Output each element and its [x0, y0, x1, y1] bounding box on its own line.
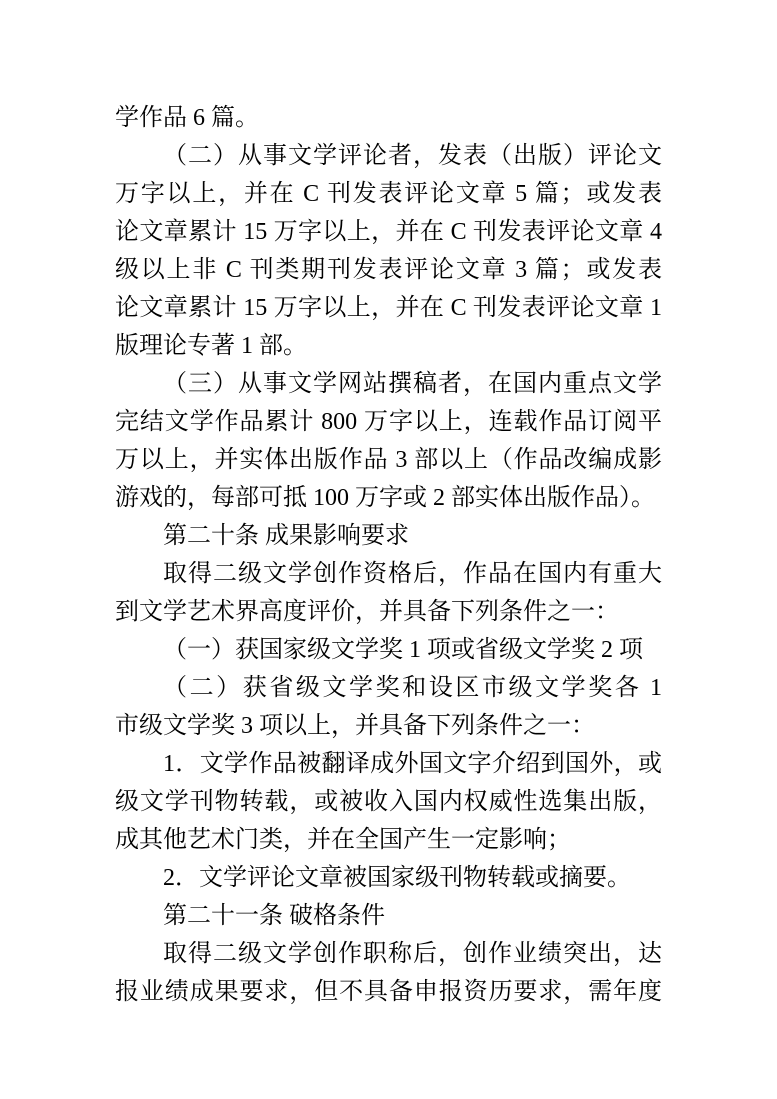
text-line: 报业绩成果要求，但不具备申报资历要求，需年度考核合格 — [115, 973, 662, 1011]
text-line: 万字以上，并在 C 刊发表评论文章 5 篇；或发表（出版）评 — [115, 175, 662, 213]
text-line: 论文章累计 15 万字以上，并在 C 刊发表评论文章 1 篇、出 — [115, 289, 662, 327]
text-line: 版理论专著 1 部。 — [115, 327, 662, 365]
text-line: 市级文学奖 3 项以上，并具备下列条件之一： — [115, 707, 662, 745]
text-line: 取得二级文学创作职称后，创作业绩突出，达到正常申 — [115, 935, 662, 973]
text-line: 成其他艺术门类，并在全国产生一定影响； — [115, 821, 662, 859]
text-line: 2．文学评论文章被国家级刊物转载或摘要。 — [115, 859, 662, 897]
text-line: 到文学艺术界高度评价，并具备下列条件之一： — [115, 593, 662, 631]
heading-line: 第二十一条 破格条件 — [115, 897, 662, 935]
text-line: 万以上，并实体出版作品 3 部以上（作品改编成影视、动漫、 — [115, 441, 662, 479]
text-line: 取得二级文学创作资格后，作品在国内有重大影响，受 — [115, 555, 662, 593]
text-line: 级文学刊物转载，或被收入国内权威性选集出版，或被改编 — [115, 783, 662, 821]
text-line: 学作品 6 篇。 — [115, 99, 662, 137]
text-line: （二）获省级文学奖和设区市级文学奖各 1 项，或设区 — [115, 669, 662, 707]
text-line: 论文章累计 15 万字以上，并在 C 刊发表评论文章 4 篇、省 — [115, 213, 662, 251]
text-line: 完结文学作品累计 800 万字以上，连载作品订阅平均数量 1 — [115, 403, 662, 441]
text-line: （一）获国家级文学奖 1 项或省级文学奖 2 项以上。 — [115, 631, 662, 669]
text-line: 游戏的，每部可抵 100 万字或 2 部实体出版作品）。 — [115, 479, 662, 517]
text-line: （二）从事文学评论者，发表（出版）评论文章累计 15 — [115, 137, 662, 175]
document-body: 学作品 6 篇。（二）从事文学评论者，发表（出版）评论文章累计 15万字以上，并… — [115, 99, 662, 1011]
text-line: （三）从事文学网站撰稿者，在国内重点文学网站发表 — [115, 365, 662, 403]
heading-line: 第二十条 成果影响要求 — [115, 517, 662, 555]
text-line: 级以上非 C 刊类期刊发表评论文章 3 篇；或发表（出版）评 — [115, 251, 662, 289]
document-page: 学作品 6 篇。（二）从事文学评论者，发表（出版）评论文章累计 15万字以上，并… — [0, 0, 777, 1099]
text-line: 1．文学作品被翻译成外国文字介绍到国外，或被国家 — [115, 745, 662, 783]
